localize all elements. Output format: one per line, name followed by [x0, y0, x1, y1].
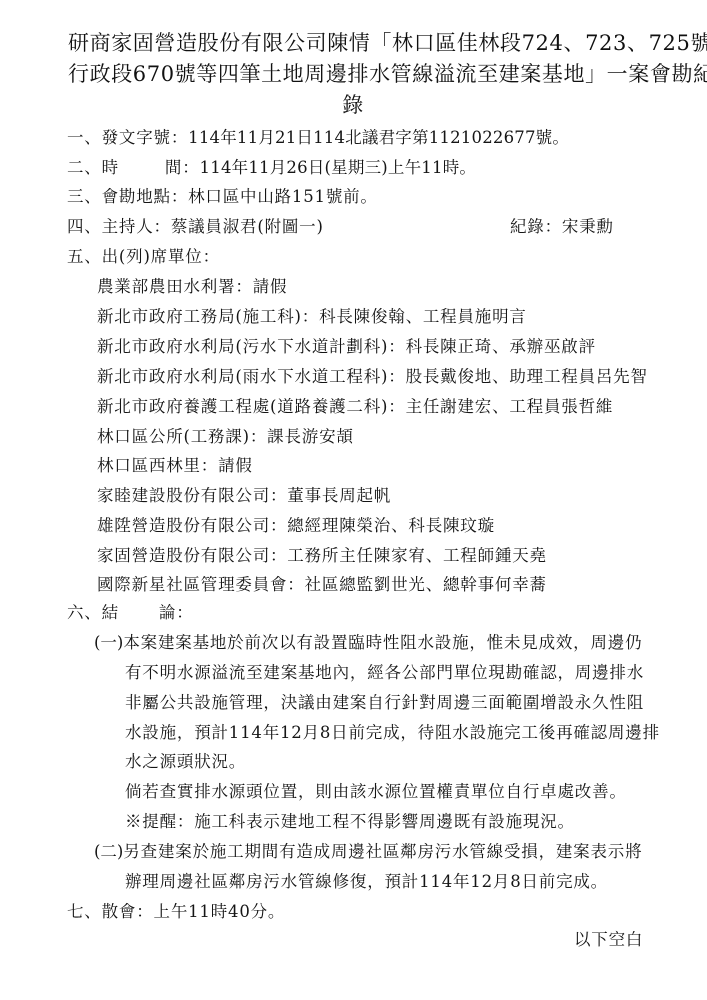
sub-item-marker: (二) — [94, 842, 123, 861]
attendee-entry: 新北市政府水利局(雨水下水道工程科)：股長戴俊地、助理工程員呂先智 — [97, 366, 648, 388]
item-label-part-b: 論 — [159, 603, 176, 622]
recorder-label: 紀錄 — [510, 217, 545, 236]
paragraph-line: 有不明水源溢流至建案基地內，經各公部門單位現勘確認，周邊排水 — [125, 662, 644, 684]
item-location: 三、會勘地點：林口區中山路151號前。 — [67, 186, 378, 208]
item-number: 五、 — [67, 247, 102, 266]
item-number: 二、 — [67, 158, 102, 177]
attendee-entry: 新北市政府工務局(施工科)：科長陳俊翰、工程員施明言 — [97, 306, 527, 328]
item-separator: ： — [154, 217, 171, 236]
attendee-entry: 新北市政府水利局(污水下水道計劃科)：科長陳正琦、承辦巫啟評 — [97, 336, 596, 358]
paragraph-line: 辦理周邊社區鄰房污水管線修復，預計114年12月8日前完成。 — [125, 871, 608, 893]
item-label-part-a: 時 — [102, 158, 119, 177]
reminder-line: ※提醒：施工科表示建地工程不得影響周邊既有設施現況。 — [125, 811, 575, 833]
item-separator: ： — [136, 902, 153, 921]
host-value: 蔡議員淑君(附圖一) — [171, 217, 324, 236]
attendee-entry: 新北市政府養護工程處(道路養護二科)：主任謝建宏、工程員張哲維 — [97, 396, 613, 418]
item-conclusion: 六、結論： — [67, 602, 194, 624]
attendee-entry: 國際新星社區管理委員會：社區總監劉世光、總幹事何幸蕎 — [97, 574, 547, 596]
paragraph-text: 本案建案基地於前次以有設置臨時性阻水設施，惟未見成效，周邊仍 — [123, 633, 642, 652]
adjourn-value: 上午11時40分。 — [154, 902, 286, 921]
time-value: 114年11月26日(星期三)上午11時。 — [200, 158, 477, 177]
conclusion-sub1-first-line: (一)本案建案基地於前次以有設置臨時性阻水設施，惟未見成效，周邊仍 — [94, 632, 642, 654]
recorder: 紀錄：宋秉勳 — [510, 216, 614, 238]
attendee-entry: 家睦建設股份有限公司：董事長周起帆 — [97, 485, 391, 507]
paragraph-text: 另查建案於施工期間有造成周邊社區鄰房污水管線受損，建案表示將 — [123, 842, 642, 861]
recorder-name: 宋秉勳 — [562, 217, 614, 236]
item-separator: ： — [203, 247, 220, 266]
sub-item-marker: (一) — [94, 633, 123, 652]
item-separator: ： — [171, 128, 188, 147]
item-number: 四、 — [67, 217, 102, 236]
item-host: 四、主持人：蔡議員淑君(附圖一) — [67, 216, 324, 238]
location-value: 林口區中山路151號前。 — [188, 187, 378, 206]
document-page: 研商家固營造股份有限公司陳情「林口區佳林段724、723、725號及 行政段67… — [0, 0, 707, 1000]
item-label-part-a: 結 — [102, 603, 119, 622]
paragraph-line: 倘若查實排水源頭位置，則由該水源位置權責單位自行卓處改善。 — [125, 781, 627, 803]
doc-number-value: 114年11月21日114北議君字第1121022677號。 — [188, 128, 569, 147]
item-number: 三、 — [67, 187, 102, 206]
item-label: 主持人 — [102, 217, 154, 236]
conclusion-sub2-first-line: (二)另查建案於施工期間有造成周邊社區鄰房污水管線受損，建案表示將 — [94, 841, 642, 863]
item-attendees: 五、出(列)席單位： — [67, 246, 220, 268]
item-separator: ： — [182, 158, 199, 177]
item-label: 會勘地點 — [102, 187, 171, 206]
item-label: 出(列)席單位 — [102, 247, 203, 266]
blank-below-note: 以下空白 — [574, 929, 643, 951]
item-time: 二、時間：114年11月26日(星期三)上午11時。 — [67, 157, 476, 179]
attendee-entry: 雄陞營造股份有限公司：總經理陳榮治、科長陳玟璇 — [97, 515, 495, 537]
attendee-entry: 林口區西林里：請假 — [97, 455, 253, 477]
paragraph-line: 水設施，預計114年12月8日前完成，待阻水設施完工後再確認周邊排 — [125, 722, 660, 744]
document-title: 研商家固營造股份有限公司陳情「林口區佳林段724、723、725號及 行政段67… — [68, 28, 638, 121]
item-number: 六、 — [67, 603, 102, 622]
attendee-entry: 農業部農田水利署：請假 — [97, 276, 287, 298]
paragraph-line: 水之源頭狀況。 — [125, 751, 246, 773]
title-line-3: 錄 — [68, 90, 638, 121]
item-adjourn: 七、散會：上午11時40分。 — [67, 901, 285, 923]
item-number: 七、 — [67, 902, 102, 921]
item-number: 一、 — [67, 128, 102, 147]
title-line-2: 行政段670號等四筆土地周邊排水管線溢流至建案基地」一案會勘紀 — [68, 59, 638, 90]
paragraph-line: 非屬公共設施管理，決議由建案自行針對周邊三面範圍增設永久性阻 — [125, 692, 644, 714]
item-doc-number: 一、發文字號：114年11月21日114北議君字第1121022677號。 — [67, 127, 569, 149]
item-label: 發文字號 — [102, 128, 171, 147]
item-separator: ： — [176, 603, 193, 622]
item-separator: ： — [171, 187, 188, 206]
recorder-separator: ： — [545, 217, 562, 236]
item-label: 散會 — [102, 902, 137, 921]
attendee-entry: 林口區公所(工務課)：課長游安頡 — [97, 426, 354, 448]
item-label-part-b: 間 — [165, 158, 182, 177]
title-line-1: 研商家固營造股份有限公司陳情「林口區佳林段724、723、725號及 — [68, 28, 638, 59]
attendee-entry: 家固營造股份有限公司：工務所主任陳家宥、工程師鍾天堯 — [97, 545, 547, 567]
